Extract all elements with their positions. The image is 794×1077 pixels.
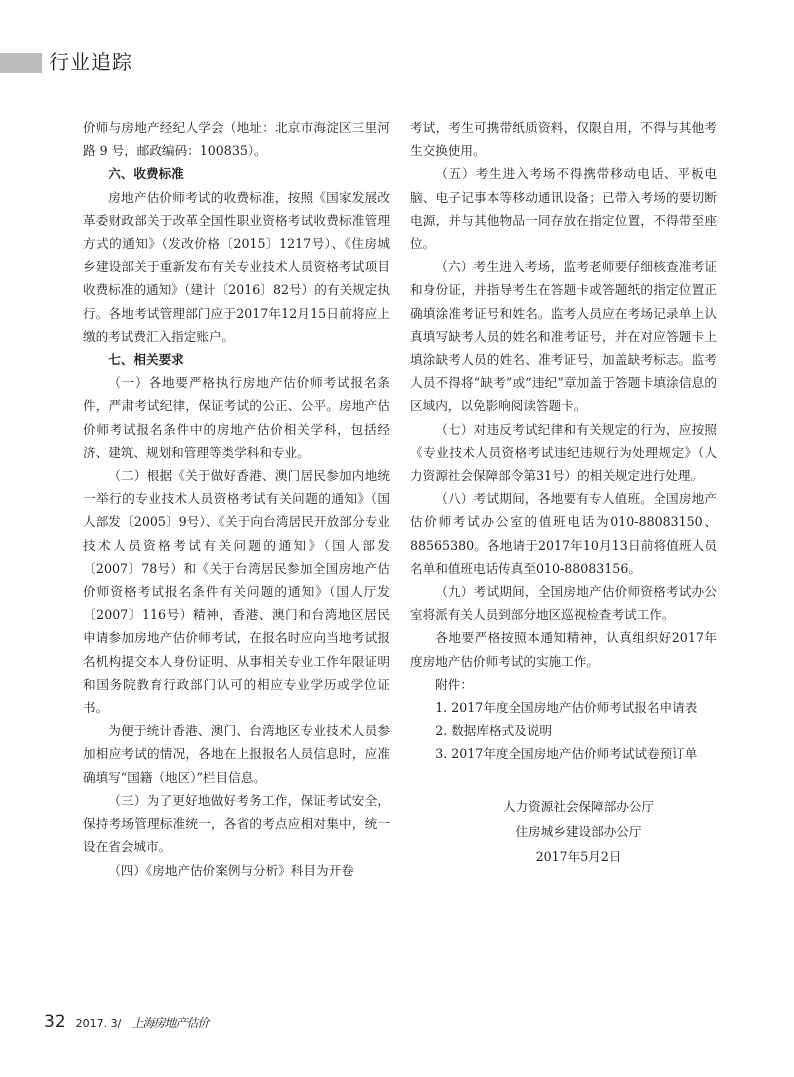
paragraph: （一）各地要严格执行房地产估价师考试报名条件，严肃考试纪律，保证考试的公正、公平… xyxy=(83,371,390,464)
paragraph: 价师与房地产经纪人学会（地址：北京市海淀区三里河路 9 号，邮政编码：10083… xyxy=(83,116,390,162)
paragraph: （二）根据《关于做好香港、澳门居民参加内地统一举行的专业技术人员资格考试有关问题… xyxy=(83,464,390,719)
attachment-item: 3. 2017年度全国房地产估价师考试试卷预订单 xyxy=(410,742,717,765)
paragraph: （四）《房地产估价案例与分析》科目为开卷 xyxy=(83,859,390,882)
paragraph: （七）对违反考试纪律和有关规定的行为，应按照《专业技术人员资格考试违纪违规行为处… xyxy=(410,418,717,488)
attachment-item: 1. 2017年度全国房地产估价师考试报名申请表 xyxy=(410,696,717,719)
section-heading-requirements: 七、相关要求 xyxy=(83,348,390,371)
paragraph: （三）为了更好地做好考务工作，保证考试安全，保持考场管理标准统一，各省的考点应相… xyxy=(83,789,390,859)
paragraph: 房地产估价师考试的收费标准，按照《国家发展改革委财政部关于改革全国性职业资格考试… xyxy=(83,186,390,348)
issue-label: 2017. 3/ xyxy=(76,1017,122,1030)
section-title: 行业追踪 xyxy=(49,48,133,76)
signature-org-1: 人力资源社会保障部办公厅 xyxy=(440,794,717,819)
signature-org-2: 住房城乡建设部办公厅 xyxy=(440,819,717,844)
page-number: 32 xyxy=(44,1012,66,1032)
paragraph: 为便于统计香港、澳门、台湾地区专业技术人员参加相应考试的情况，各地在上报报名人员… xyxy=(83,719,390,789)
paragraph: 各地要严格按照本通知精神，认真组织好2017年度房地产估价师考试的实施工作。 xyxy=(410,626,717,672)
page-footer: 32 2017. 3/ 上海房地产估价 xyxy=(44,1012,208,1032)
paragraph: （五）考生进入考场不得携带移动电话、平板电脑、电子记事本等移动通讯设备；已带入考… xyxy=(410,162,717,255)
paragraph: （八）考试期间，各地要有专人值班。全国房地产估价师考试办公室的值班电话为010-… xyxy=(410,487,717,580)
signature-block: 人力资源社会保障部办公厅 住房城乡建设部办公厅 2017年5月2日 xyxy=(410,794,717,869)
left-column: 价师与房地产经纪人学会（地址：北京市海淀区三里河路 9 号，邮政编码：10083… xyxy=(83,116,390,882)
section-header-bar xyxy=(0,53,42,73)
attachments-label: 附件： xyxy=(410,673,717,696)
section-heading-fees: 六、收费标准 xyxy=(83,162,390,185)
right-column: 考试，考生可携带纸质资料，仅限自用，不得与其他考生交换使用。 （五）考生进入考场… xyxy=(410,116,717,869)
paragraph: （九）考试期间，全国房地产估价师资格考试办公室将派有关人员到部分地区巡视检查考试… xyxy=(410,580,717,626)
paragraph: 考试，考生可携带纸质资料，仅限自用，不得与其他考生交换使用。 xyxy=(410,116,717,162)
paragraph: （六）考生进入考场，监考老师要仔细核查准考证和身份证，并指导考生在答题卡或答题纸… xyxy=(410,255,717,417)
attachment-item: 2. 数据库格式及说明 xyxy=(410,719,717,742)
magazine-logo: 上海房地产估价 xyxy=(131,1014,208,1031)
signature-date: 2017年5月2日 xyxy=(440,844,717,869)
attachments-list: 1. 2017年度全国房地产估价师考试报名申请表 2. 数据库格式及说明 3. … xyxy=(410,696,717,766)
